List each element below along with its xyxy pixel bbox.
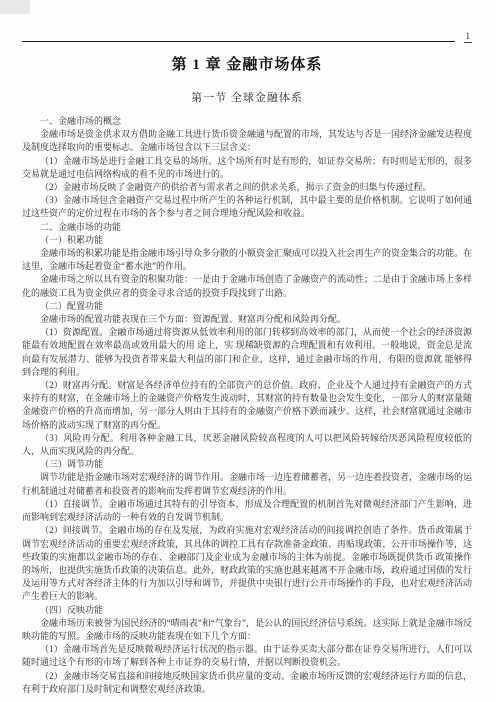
paragraph: （1）资源配置。金融市场通过将资源从低效率利用的部门转移到高效率的部门，从而使一… <box>22 326 472 379</box>
paragraph: （2）金融市场反映了金融资产的供给者与需求者之间的供求关系，揭示了资金的归集与传… <box>22 181 472 194</box>
page-number: 1 <box>464 31 473 43</box>
paragraph: （1）金融市场首先是反映微观经济运行状况的指示器。由于证券买卖大部分都在证券交易… <box>22 643 472 669</box>
paragraph: （1）直接调节。金融市场通过其特有的引导资本，形成及合理配置的机制首先对微观经济… <box>22 498 472 524</box>
chapter-title: 第 1 章 金融市场体系 <box>22 53 472 74</box>
page-header: 1 <box>22 0 472 43</box>
paragraph: 调节功能是指金融市场对宏观经济的调节作用。金融市场一边连着储蓄者，另一边连着投资… <box>22 471 472 497</box>
subheading: （四）反映功能 <box>22 604 472 617</box>
paragraph: 金融市场是资金供求双方借助金融工具进行货币资金融通与配置的市场，其发达与否是一国… <box>22 128 472 154</box>
paragraph: （2）财富再分配。财富是各经济单位持有的全部资产的总价值。政府、企业及个人通过持… <box>22 379 472 432</box>
paragraph: （1）金融市场是进行金融工具交易的场所。这个场所有时是有形的，如证券交易所；有时… <box>22 155 472 181</box>
document-page: 1 第 1 章 金融市场体系 第一节 全球金融体系 一、金融市场的概念金融市场是… <box>0 0 496 702</box>
subheading: 一、金融市场的概念 <box>22 115 472 128</box>
paragraph: （2）金融市场交易直接和间接地反映国家货币供应量的变动。金融市场所反馈的宏观经济… <box>22 670 472 696</box>
subheading: （二）配置功能 <box>22 300 472 313</box>
paragraph: 金融市场历来被誉为国民经济的“晴雨表”和“气象台”，是公认的国民经济信号系统。这… <box>22 617 472 643</box>
paragraph: （3）金融市场包含金融资产交易过程中所产生的各种运行机制，其中最主要的是价格机制… <box>22 194 472 220</box>
subheading: （一）积累功能 <box>22 234 472 247</box>
subheading: 二、金融市场的功能 <box>22 221 472 234</box>
paragraph: 金融市场的配置功能表现在三个方面：资源配置、财富再分配和风险再分配。 <box>22 313 472 326</box>
paragraph: 金融市场的积累功能是指金融市场引导众多分散的小额资金汇聚成可以投入社会再生产的资… <box>22 247 472 273</box>
body-text: 一、金融市场的概念金融市场是资金供求双方借助金融工具进行货币资金融通与配置的市场… <box>22 115 472 696</box>
paragraph: （3）风险再分配。利用各种金融工具，厌恶金融风险较高程度的人可以把风险转嫁给厌恶… <box>22 432 472 458</box>
paragraph: 金融市场之所以具有资金的积聚功能：一是由于金融市场创造了金融资产的流动性；二是由… <box>22 273 472 299</box>
section-title: 第一节 全球金融体系 <box>22 89 472 105</box>
header-rule <box>22 41 455 42</box>
scan-artifact <box>0 0 30 14</box>
paragraph: （2）间接调节。金融市场的存在及发展，为政府实施对宏观经济活动的间接调控创造了条… <box>22 524 472 603</box>
subheading: （三）调节功能 <box>22 458 472 471</box>
